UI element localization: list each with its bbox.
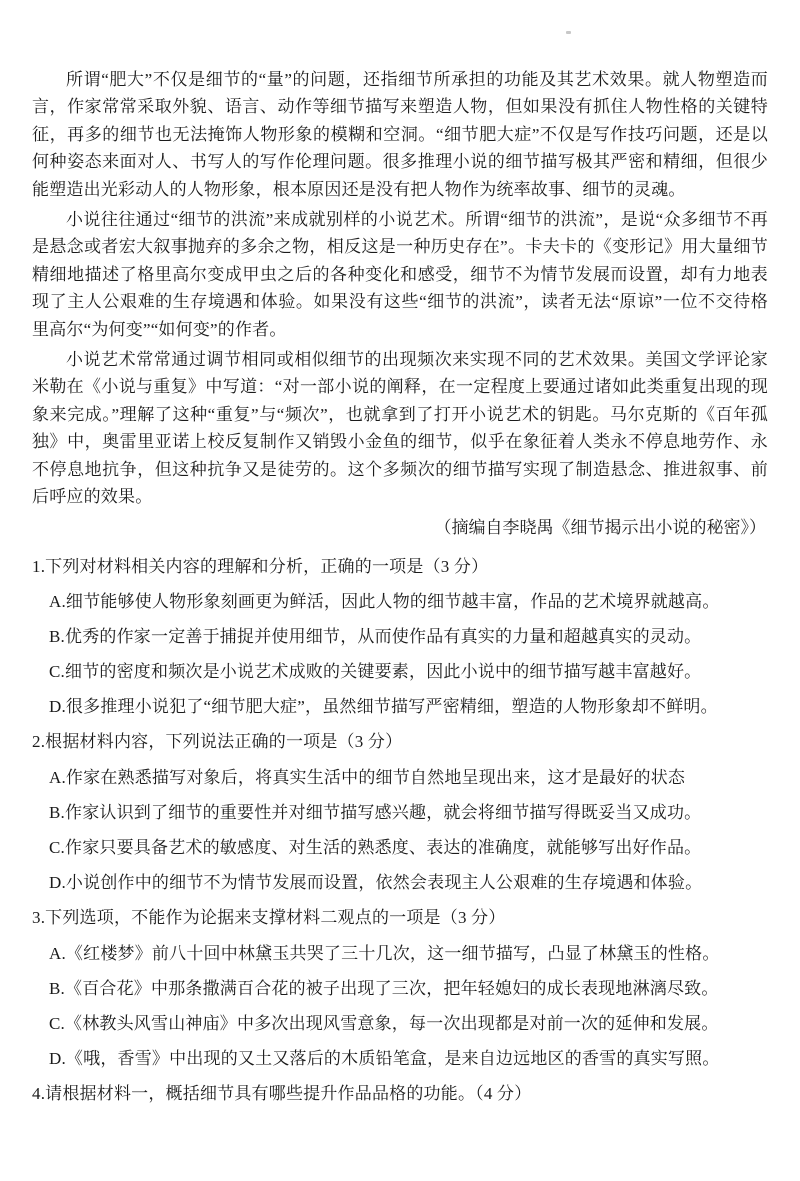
material-paragraph-2: 小说往往通过“细节的洪流”来成就别样的小说艺术。所谓“细节的洪流”，是说“众多细… — [32, 206, 768, 343]
question-1-option-c: C.细节的密度和频次是小说艺术成败的关键要素，因此小说中的细节描写越丰富越好。 — [49, 658, 768, 685]
material-paragraph-1: 所谓“肥大”不仅是细节的“量”的问题，还指细节所承担的功能及其艺术效果。就人物塑… — [32, 66, 768, 203]
question-2-stem: 2.根据材料内容，下列说法正确的一项是（3 分） — [32, 728, 768, 755]
question-1: 1.下列对材料相关内容的理解和分析，正确的一项是（3 分） A.细节能够使人物形… — [32, 553, 768, 721]
material-paragraph-3: 小说艺术常常通过调节相同或相似细节的出现频次来实现不同的艺术效果。美国文学评论家… — [32, 346, 768, 510]
question-1-option-b: B.优秀的作家一定善于捕捉并使用细节，从而使作品有真实的力量和超越真实的灵动。 — [49, 623, 768, 650]
question-2-option-b: B.作家认识到了细节的重要性并对细节描写感兴趣，就会将细节描写得既妥当又成功。 — [49, 799, 768, 826]
question-2-option-c: C.作家只要具备艺术的敏感度、对生活的熟悉度、表达的准确度，就能够写出好作品。 — [49, 834, 768, 861]
question-3-option-b: B.《百合花》中那条撒满百合花的被子出现了三次，把年轻媳妇的成长表现地淋漓尽致。 — [49, 975, 768, 1002]
question-2-option-a: A.作家在熟悉描写对象后，将真实生活中的细节自然地呈现出来，这才是最好的状态 — [49, 764, 768, 791]
question-1-stem: 1.下列对材料相关内容的理解和分析，正确的一项是（3 分） — [32, 553, 768, 580]
source-attribution: （摘编自李晓禺《细节揭示出小说的秘密》） — [32, 514, 768, 541]
scan-speck-mark — [566, 31, 571, 34]
question-3: 3.下列选项，不能作为论据来支撑材料二观点的一项是（3 分） A.《红楼梦》前八… — [32, 904, 768, 1072]
question-3-option-a: A.《红楼梦》前八十回中林黛玉共哭了三十几次，这一细节描写，凸显了林黛玉的性格。 — [49, 940, 768, 967]
exam-page: { "doc": { "material": { "paragraphs": [… — [0, 0, 800, 1181]
question-section: 1.下列对材料相关内容的理解和分析，正确的一项是（3 分） A.细节能够使人物形… — [32, 553, 768, 1108]
question-3-option-d: D.《哦，香雪》中出现的又土又落后的木质铅笔盒，是来自边远地区的香雪的真实写照。 — [49, 1045, 768, 1072]
question-3-option-c: C.《林教头风雪山神庙》中多次出现风雪意象，每一次出现都是对前一次的延伸和发展。 — [49, 1010, 768, 1037]
question-1-option-a: A.细节能够使人物形象刻画更为鲜活，因此人物的细节越丰富，作品的艺术境界就越高。 — [49, 588, 768, 615]
question-2-option-d: D.小说创作中的细节不为情节发展而设置，依然会表现主人公艰难的生存境遇和体验。 — [49, 869, 768, 896]
question-3-stem: 3.下列选项，不能作为论据来支撑材料二观点的一项是（3 分） — [32, 904, 768, 931]
question-4-stem: 4.请根据材料一，概括细节具有哪些提升作品品格的功能。（4 分） — [32, 1080, 768, 1107]
question-1-option-d: D.很多推理小说犯了“细节肥大症”，虽然细节描写严密精细，塑造的人物形象却不鲜明… — [49, 693, 768, 720]
reading-material: 所谓“肥大”不仅是细节的“量”的问题，还指细节所承担的功能及其艺术效果。就人物塑… — [32, 66, 768, 541]
question-2: 2.根据材料内容，下列说法正确的一项是（3 分） A.作家在熟悉描写对象后，将真… — [32, 728, 768, 896]
question-4: 4.请根据材料一，概括细节具有哪些提升作品品格的功能。（4 分） — [32, 1080, 768, 1107]
document-body: 所谓“肥大”不仅是细节的“量”的问题，还指细节所承担的功能及其艺术效果。就人物塑… — [0, 0, 800, 1107]
